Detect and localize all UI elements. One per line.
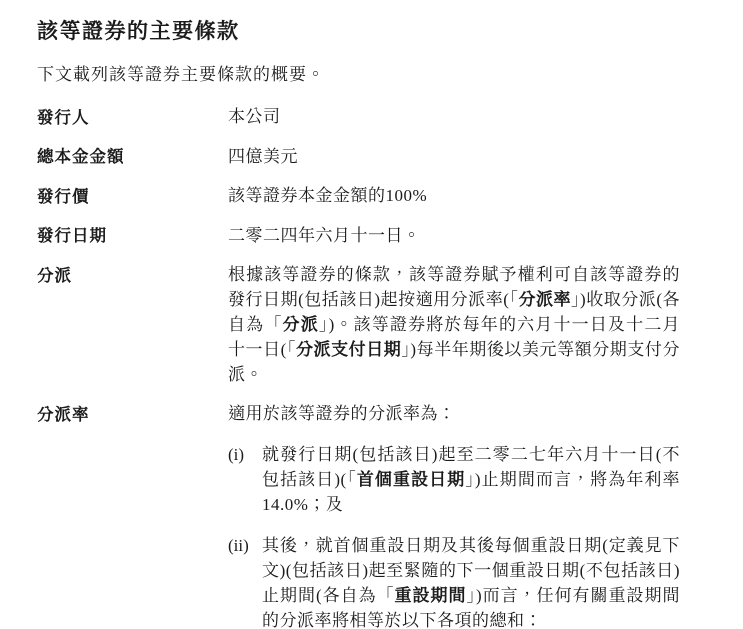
page-title: 該等證券的主要條款 bbox=[37, 18, 680, 44]
term-label: 分派率 bbox=[37, 401, 228, 629]
term-row-issue-price: 發行價 該等證券本金金額的100% bbox=[37, 183, 680, 209]
intro-text: 下文載列該等證券主要條款的概要。 bbox=[37, 62, 680, 87]
term-row-distribution-rate: 分派率 適用於該等證券的分派率為： (i) 就發行日期(包括該日)起至二零二七年… bbox=[37, 401, 680, 629]
term-value: 四億美元 bbox=[228, 144, 680, 170]
term-row-issue-date: 發行日期 二零二四年六月十一日。 bbox=[37, 223, 680, 249]
term-row-issuer: 發行人 本公司 bbox=[37, 104, 680, 130]
term-value: 二零二四年六月十一日。 bbox=[228, 223, 680, 249]
term-value: 根據該等證券的條款，該等證券賦予權利可自該等證券的發行日期(包括該日)起按適用分… bbox=[228, 262, 680, 387]
term-label: 總本金金額 bbox=[37, 144, 228, 170]
list-text: 其後，就首個重設日期及其後每個重設日期(定義見下文)(包括該日)起至緊隨的下一個… bbox=[262, 533, 680, 629]
term-value: 適用於該等證券的分派率為： (i) 就發行日期(包括該日)起至二零二七年六月十一… bbox=[228, 401, 680, 629]
list-marker: (ii) bbox=[228, 533, 262, 629]
term-label: 發行日期 bbox=[37, 223, 228, 249]
term-row-aggregate-principal: 總本金金額 四億美元 bbox=[37, 144, 680, 170]
term-label: 分派 bbox=[37, 262, 228, 387]
list-text: 就發行日期(包括該日)起至二零二七年六月十一日(不包括該日)(「首個重設日期」)… bbox=[262, 442, 680, 517]
distribution-rate-intro: 適用於該等證券的分派率為： bbox=[228, 401, 680, 426]
list-marker: (i) bbox=[228, 442, 262, 517]
term-label: 發行價 bbox=[37, 183, 228, 209]
term-row-distribution: 分派 根據該等證券的條款，該等證券賦予權利可自該等證券的發行日期(包括該日)起按… bbox=[37, 262, 680, 387]
term-value: 本公司 bbox=[228, 104, 680, 130]
document-page: 該等證券的主要條款 下文載列該等證券主要條款的概要。 發行人 本公司 總本金金額… bbox=[0, 0, 743, 629]
term-label: 發行人 bbox=[37, 104, 228, 130]
term-value: 該等證券本金金額的100% bbox=[228, 183, 680, 209]
list-item: (i) 就發行日期(包括該日)起至二零二七年六月十一日(不包括該日)(「首個重設… bbox=[228, 442, 680, 517]
list-item: (ii) 其後，就首個重設日期及其後每個重設日期(定義見下文)(包括該日)起至緊… bbox=[228, 533, 680, 629]
